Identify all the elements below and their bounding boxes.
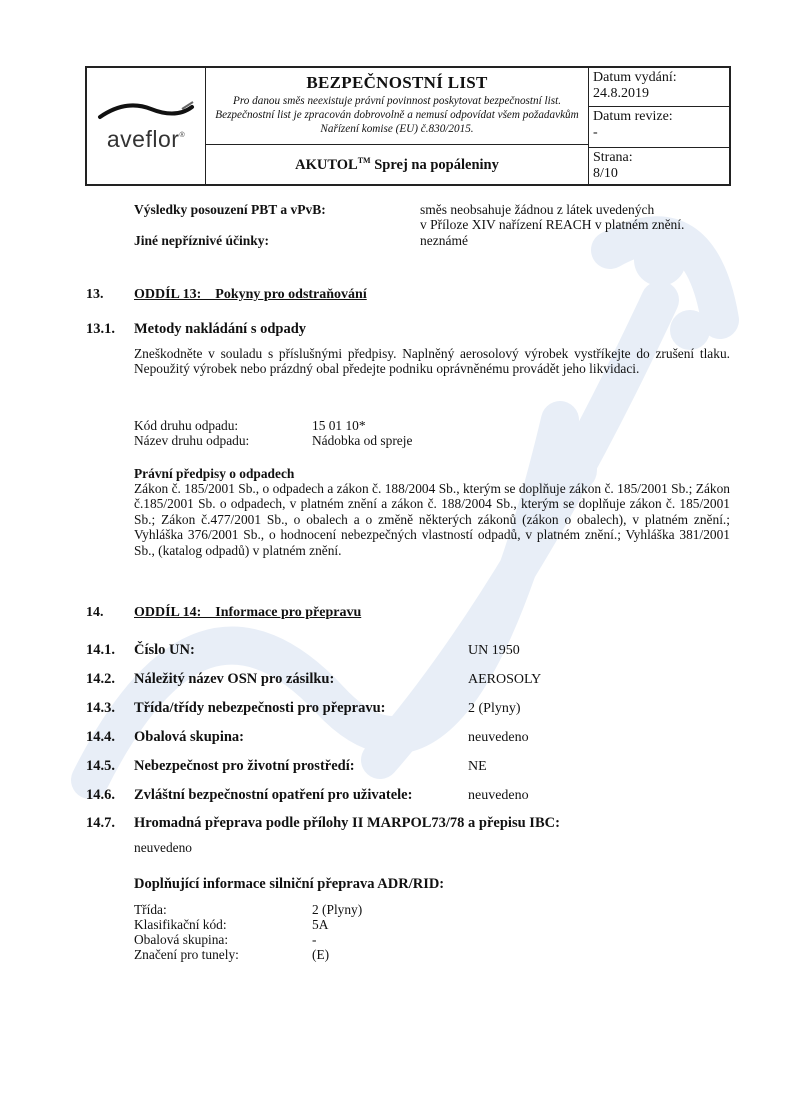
other-effects-label: Jiné nepříznivé účinky: (134, 233, 269, 248)
disclaimer-text: Pro danou směs neexistuje právní povinno… (206, 94, 588, 136)
page-number: 8/10 (593, 166, 725, 182)
adr-info-title: Doplňující informace silniční přeprava A… (134, 876, 444, 893)
transport-item-label: Zvláštní bezpečnostní opatření pro uživa… (134, 787, 412, 804)
issue-date-cell: Datum vydání: 24.8.2019 (589, 68, 729, 107)
section-14-number: 14. (86, 605, 104, 621)
waste-name-label: Název druhu odpadu: (134, 433, 249, 449)
page-cell: Strana: 8/10 (589, 148, 729, 184)
registered-mark: ® (179, 132, 185, 139)
bulk-transport-value: neuvedeno (134, 840, 192, 856)
adr-row-label: Třída: (134, 902, 167, 918)
other-effects-value: neznámé (420, 233, 468, 248)
pbt-value-line1: směs neobsahuje žádnou z látek uvedených (420, 202, 654, 217)
transport-item-value: 2 (Plyny) (468, 701, 521, 717)
transport-item-number: 14.5. (86, 758, 115, 775)
subsection-14-7-number: 14.7. (86, 815, 115, 832)
adr-row-value: 2 (Plyny) (312, 902, 362, 918)
transport-item-value: UN 1950 (468, 643, 520, 659)
pbt-label: Výsledky posouzení PBT a vPvB: (134, 202, 326, 217)
legal-regulations-text: Zákon č. 185/2001 Sb., o odpadech a záko… (134, 481, 730, 558)
transport-item-number: 14.4. (86, 729, 115, 746)
section-13-title: ODDÍL 13: Pokyny pro odstraňování (134, 287, 367, 303)
transport-item-label: Nebezpečnost pro životní prostředí: (134, 758, 355, 775)
logo-text: aveflor (107, 126, 180, 152)
adr-row-value: 5A (312, 917, 328, 933)
transport-item-number: 14.2. (86, 671, 115, 688)
transport-item-label: Třída/třídy nebezpečnosti pro přepravu: (134, 700, 385, 717)
transport-item-label: Náležitý název OSN pro zásilku: (134, 671, 334, 688)
revision-date-label: Datum revize: (593, 109, 725, 125)
waste-code-value: 15 01 10* (312, 418, 366, 434)
legal-regulations-title: Právní předpisy o odpadech (134, 466, 294, 482)
disposal-methods-text: Zneškodněte v souladu s příslušnými před… (134, 346, 730, 377)
logo-cell: aveflor® (87, 68, 206, 184)
issue-date-label: Datum vydání: (593, 70, 725, 86)
document-title: BEZPEČNOSTNÍ LIST (206, 73, 588, 93)
transport-item-label: Číslo UN: (134, 642, 195, 659)
product-name: AKUTOLTM Sprej na popáleniny (295, 156, 499, 174)
subsection-14-7-title: Hromadná přeprava podle přílohy II MARPO… (134, 815, 560, 832)
transport-item-value: AEROSOLY (468, 672, 541, 688)
subsection-13-1-number: 13.1. (86, 321, 115, 338)
transport-item-value: neuvedeno (468, 788, 529, 804)
subsection-13-1-title: Metody nakládání s odpady (134, 321, 306, 338)
section-13-number: 13. (86, 287, 104, 303)
adr-row-label: Klasifikační kód: (134, 917, 227, 933)
document-header: aveflor® BEZPEČNOSTNÍ LIST Pro danou smě… (85, 66, 731, 186)
transport-item-number: 14.3. (86, 700, 115, 717)
adr-row-label: Obalová skupina: (134, 932, 228, 948)
transport-item-label: Obalová skupina: (134, 729, 244, 746)
page-label: Strana: (593, 150, 725, 166)
transport-item-value: NE (468, 759, 487, 775)
aveflor-logo: aveflor® (96, 99, 196, 153)
revision-date-cell: Datum revize: - (589, 107, 729, 148)
section-14-title: ODDÍL 14: Informace pro přepravu (134, 605, 361, 621)
adr-row-value: - (312, 932, 316, 948)
adr-row-label: Značení pro tunely: (134, 947, 239, 963)
waste-code-label: Kód druhu odpadu: (134, 418, 238, 434)
issue-date-value: 24.8.2019 (593, 86, 725, 102)
transport-item-number: 14.1. (86, 642, 115, 659)
logo-swoosh-icon (96, 99, 196, 121)
transport-item-number: 14.6. (86, 787, 115, 804)
pbt-value-line2: v Příloze XIV nařízení REACH v platném z… (420, 217, 684, 232)
adr-row-value: (E) (312, 947, 329, 963)
transport-item-value: neuvedeno (468, 730, 529, 746)
revision-date-value: - (593, 125, 725, 141)
waste-name-value: Nádobka od spreje (312, 433, 412, 449)
